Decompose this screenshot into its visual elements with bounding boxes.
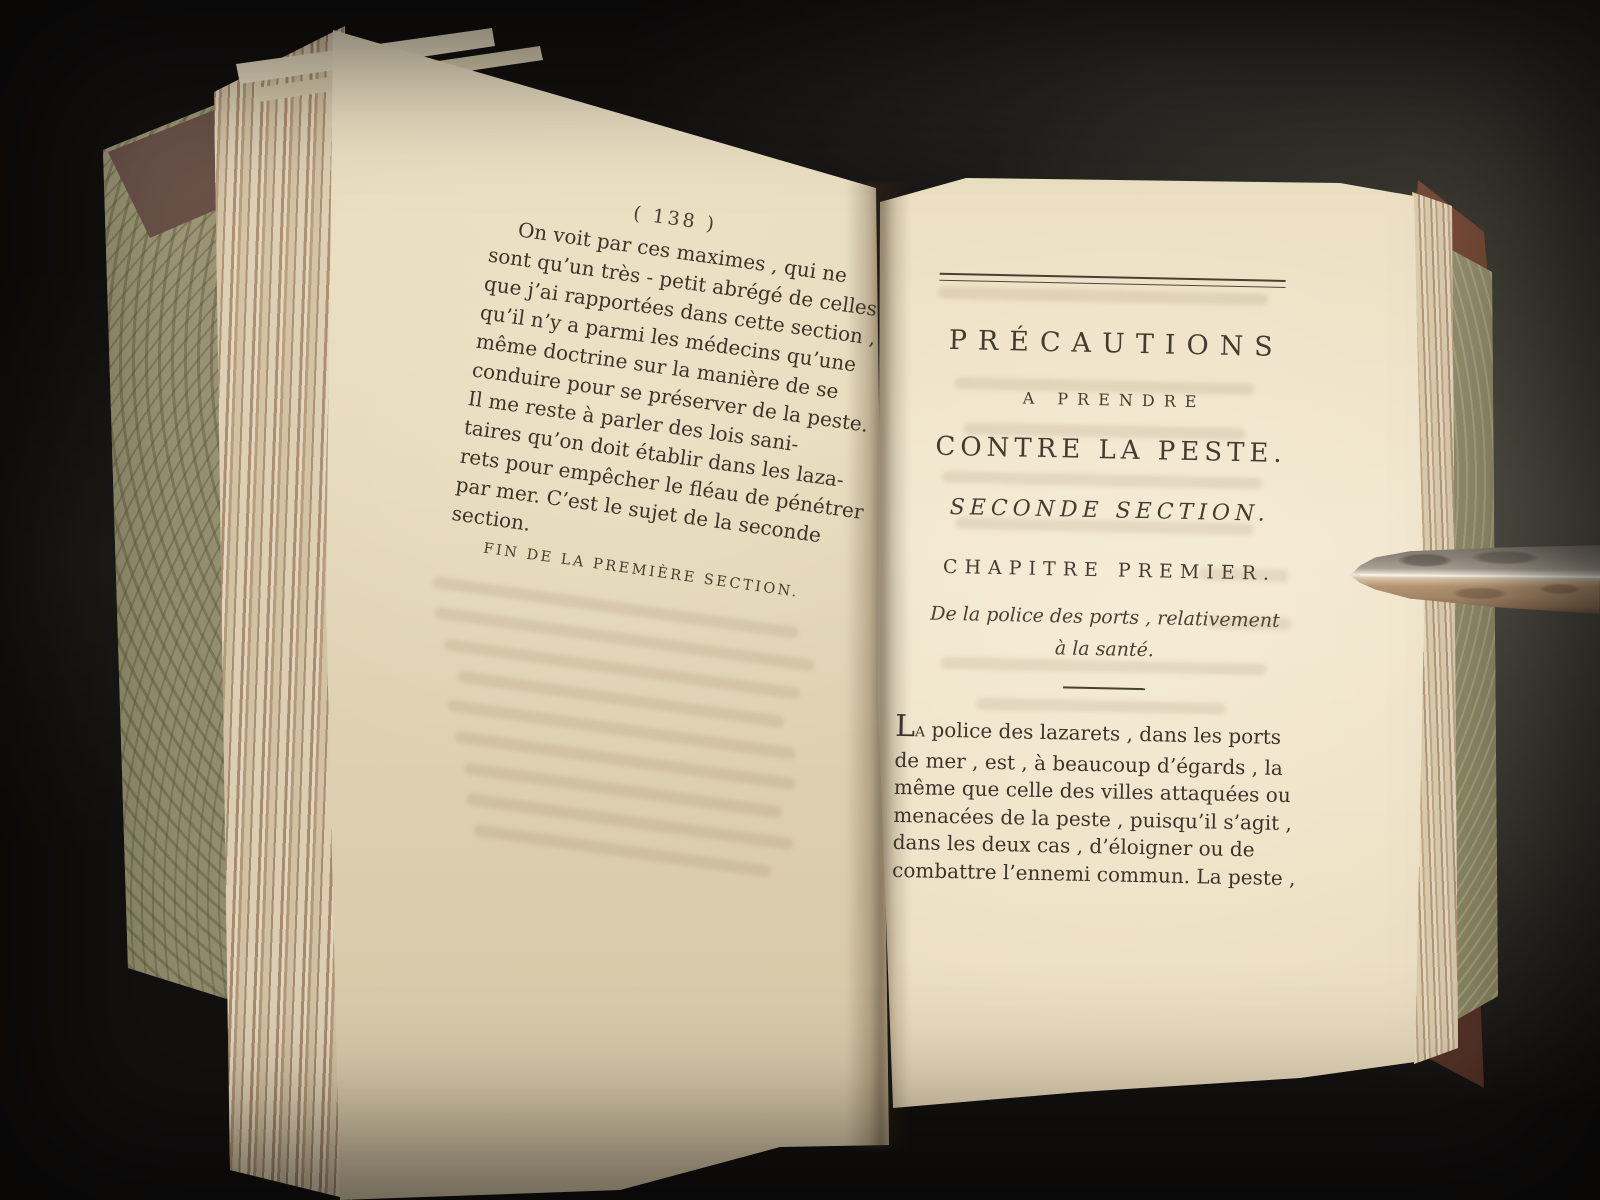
show-through-line — [443, 638, 801, 700]
show-through-line — [940, 657, 1266, 676]
show-through-line — [454, 730, 796, 790]
show-through-line — [963, 422, 1245, 440]
show-through-line — [954, 377, 1254, 395]
photo-of-open-antique-book: ( 138 ) On voit par ces maximes , qui ne… — [0, 0, 1600, 1200]
left-page-paragraph: On voit par ces maximes , qui nesont qu’… — [420, 208, 880, 582]
right-page-text-block: PRÉCAUTIONS A PRENDRE CONTRE LA PESTE. S… — [892, 258, 1320, 893]
show-through-text — [892, 258, 1320, 893]
show-through-line — [433, 606, 815, 671]
show-through-line — [1207, 616, 1291, 630]
show-through-line — [955, 517, 1253, 535]
show-through-line — [938, 287, 1268, 306]
show-through-line — [1198, 568, 1288, 582]
show-through-line — [942, 471, 1262, 490]
show-through-line — [446, 699, 796, 760]
show-through-line — [976, 698, 1226, 715]
